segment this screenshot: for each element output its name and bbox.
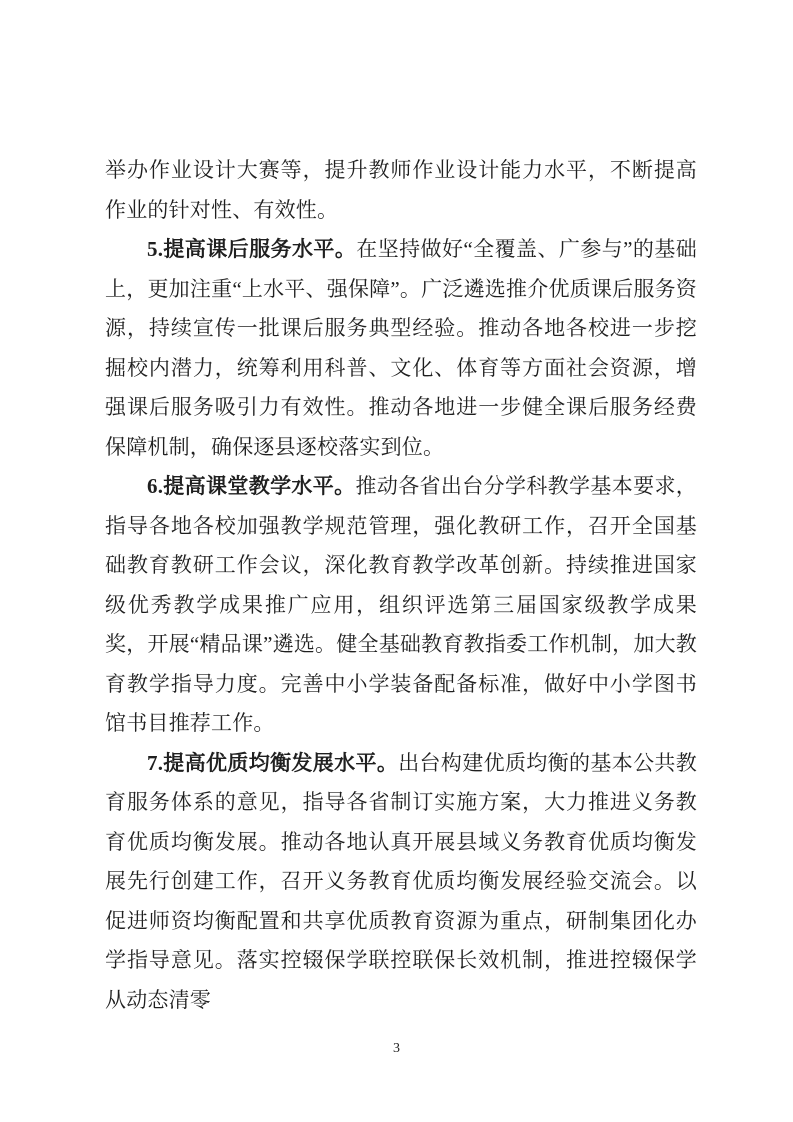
paragraph-lead: 7.提高优质均衡发展水平。	[147, 751, 398, 775]
paragraph: 7.提高优质均衡发展水平。出台构建优质均衡的基本公共教育服务体系的意见，指导各省…	[105, 744, 697, 1021]
paragraph: 举办作业设计大赛等，提升教师作业设计能力水平，不断提高作业的针对性、有效性。	[105, 151, 697, 230]
paragraph-text: 在坚持做好“全覆盖、广参与”的基础上，更加注重“上水平、强保障”。广泛遴选推介优…	[105, 237, 697, 459]
paragraph: 5.提高课后服务水平。在坚持做好“全覆盖、广参与”的基础上，更加注重“上水平、强…	[105, 230, 697, 467]
document-content: 举办作业设计大赛等，提升教师作业设计能力水平，不断提高作业的针对性、有效性。5.…	[105, 151, 697, 1020]
paragraph-text: 推动各省出台分学科教学基本要求，指导各地各校加强教学规范管理，强化教研工作，召开…	[105, 474, 697, 735]
paragraph-text: 出台构建优质均衡的基本公共教育服务体系的意见，指导各省制订实施方案，大力推进义务…	[105, 751, 697, 1012]
paragraph-lead: 5.提高课后服务水平。	[147, 237, 356, 261]
document-page: 举办作业设计大赛等，提升教师作业设计能力水平，不断提高作业的针对性、有效性。5.…	[0, 0, 793, 1122]
paragraph-lead: 6.提高课堂教学水平。	[147, 474, 356, 498]
page-number: 3	[0, 1040, 793, 1058]
paragraph: 6.提高课堂教学水平。推动各省出台分学科教学基本要求，指导各地各校加强教学规范管…	[105, 467, 697, 744]
paragraph-text: 举办作业设计大赛等，提升教师作业设计能力水平，不断提高作业的针对性、有效性。	[105, 158, 697, 222]
